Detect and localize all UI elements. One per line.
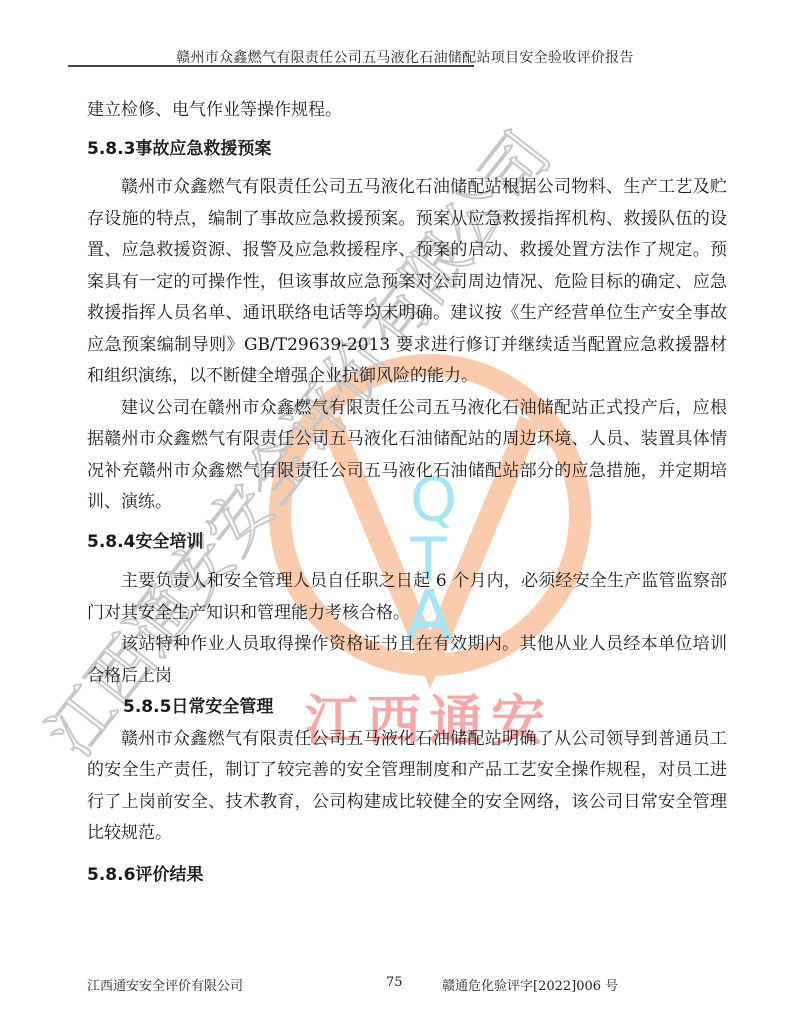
paragraph: 赣州市众鑫燃气有限责任公司五马液化石油储配站明确了从公司领导到普通员工的安全生产… — [87, 724, 727, 850]
header-divider — [68, 65, 474, 67]
section-heading-5-8-6: 5.8.6评价结果 — [87, 860, 727, 892]
section-heading-5-8-4: 5.8.4安全培训 — [87, 527, 727, 559]
lead-line: 建立检修、电气作业等操作规程。 — [87, 95, 727, 127]
section-heading-5-8-5: 5.8.5日常安全管理 — [87, 692, 727, 724]
footer-page-number: 75 — [386, 975, 403, 990]
footer-doc-number: 赣通危化验评字[2022]006 号 — [442, 975, 618, 994]
paragraph: 主要负责人和安全管理人员自任职之日起 6 个月内，必须经安全生产监管监察部门对其… — [87, 566, 727, 629]
document-body: 建立检修、电气作业等操作规程。 5.8.3事故应急救援预案 赣州市众鑫燃气有限责… — [87, 95, 727, 891]
paragraph: 建议公司在赣州市众鑫燃气有限责任公司五马液化石油储配站正式投产后，应根据赣州市众… — [87, 393, 727, 519]
footer-company: 江西通安安全评价有限公司 — [87, 975, 243, 994]
paragraph: 该站特种作业人员取得操作资格证书且在有效期内。其他从业人员经本单位培训合格后上岗 — [87, 629, 727, 692]
section-heading-5-8-3: 5.8.3事故应急救援预案 — [87, 134, 727, 166]
report-header-title: 赣州市众鑫燃气有限责任公司五马液化石油储配站项目安全验收评价报告 — [100, 47, 710, 67]
paragraph: 赣州市众鑫燃气有限责任公司五马液化石油储配站根据公司物料、生产工艺及贮存设施的特… — [87, 172, 727, 393]
